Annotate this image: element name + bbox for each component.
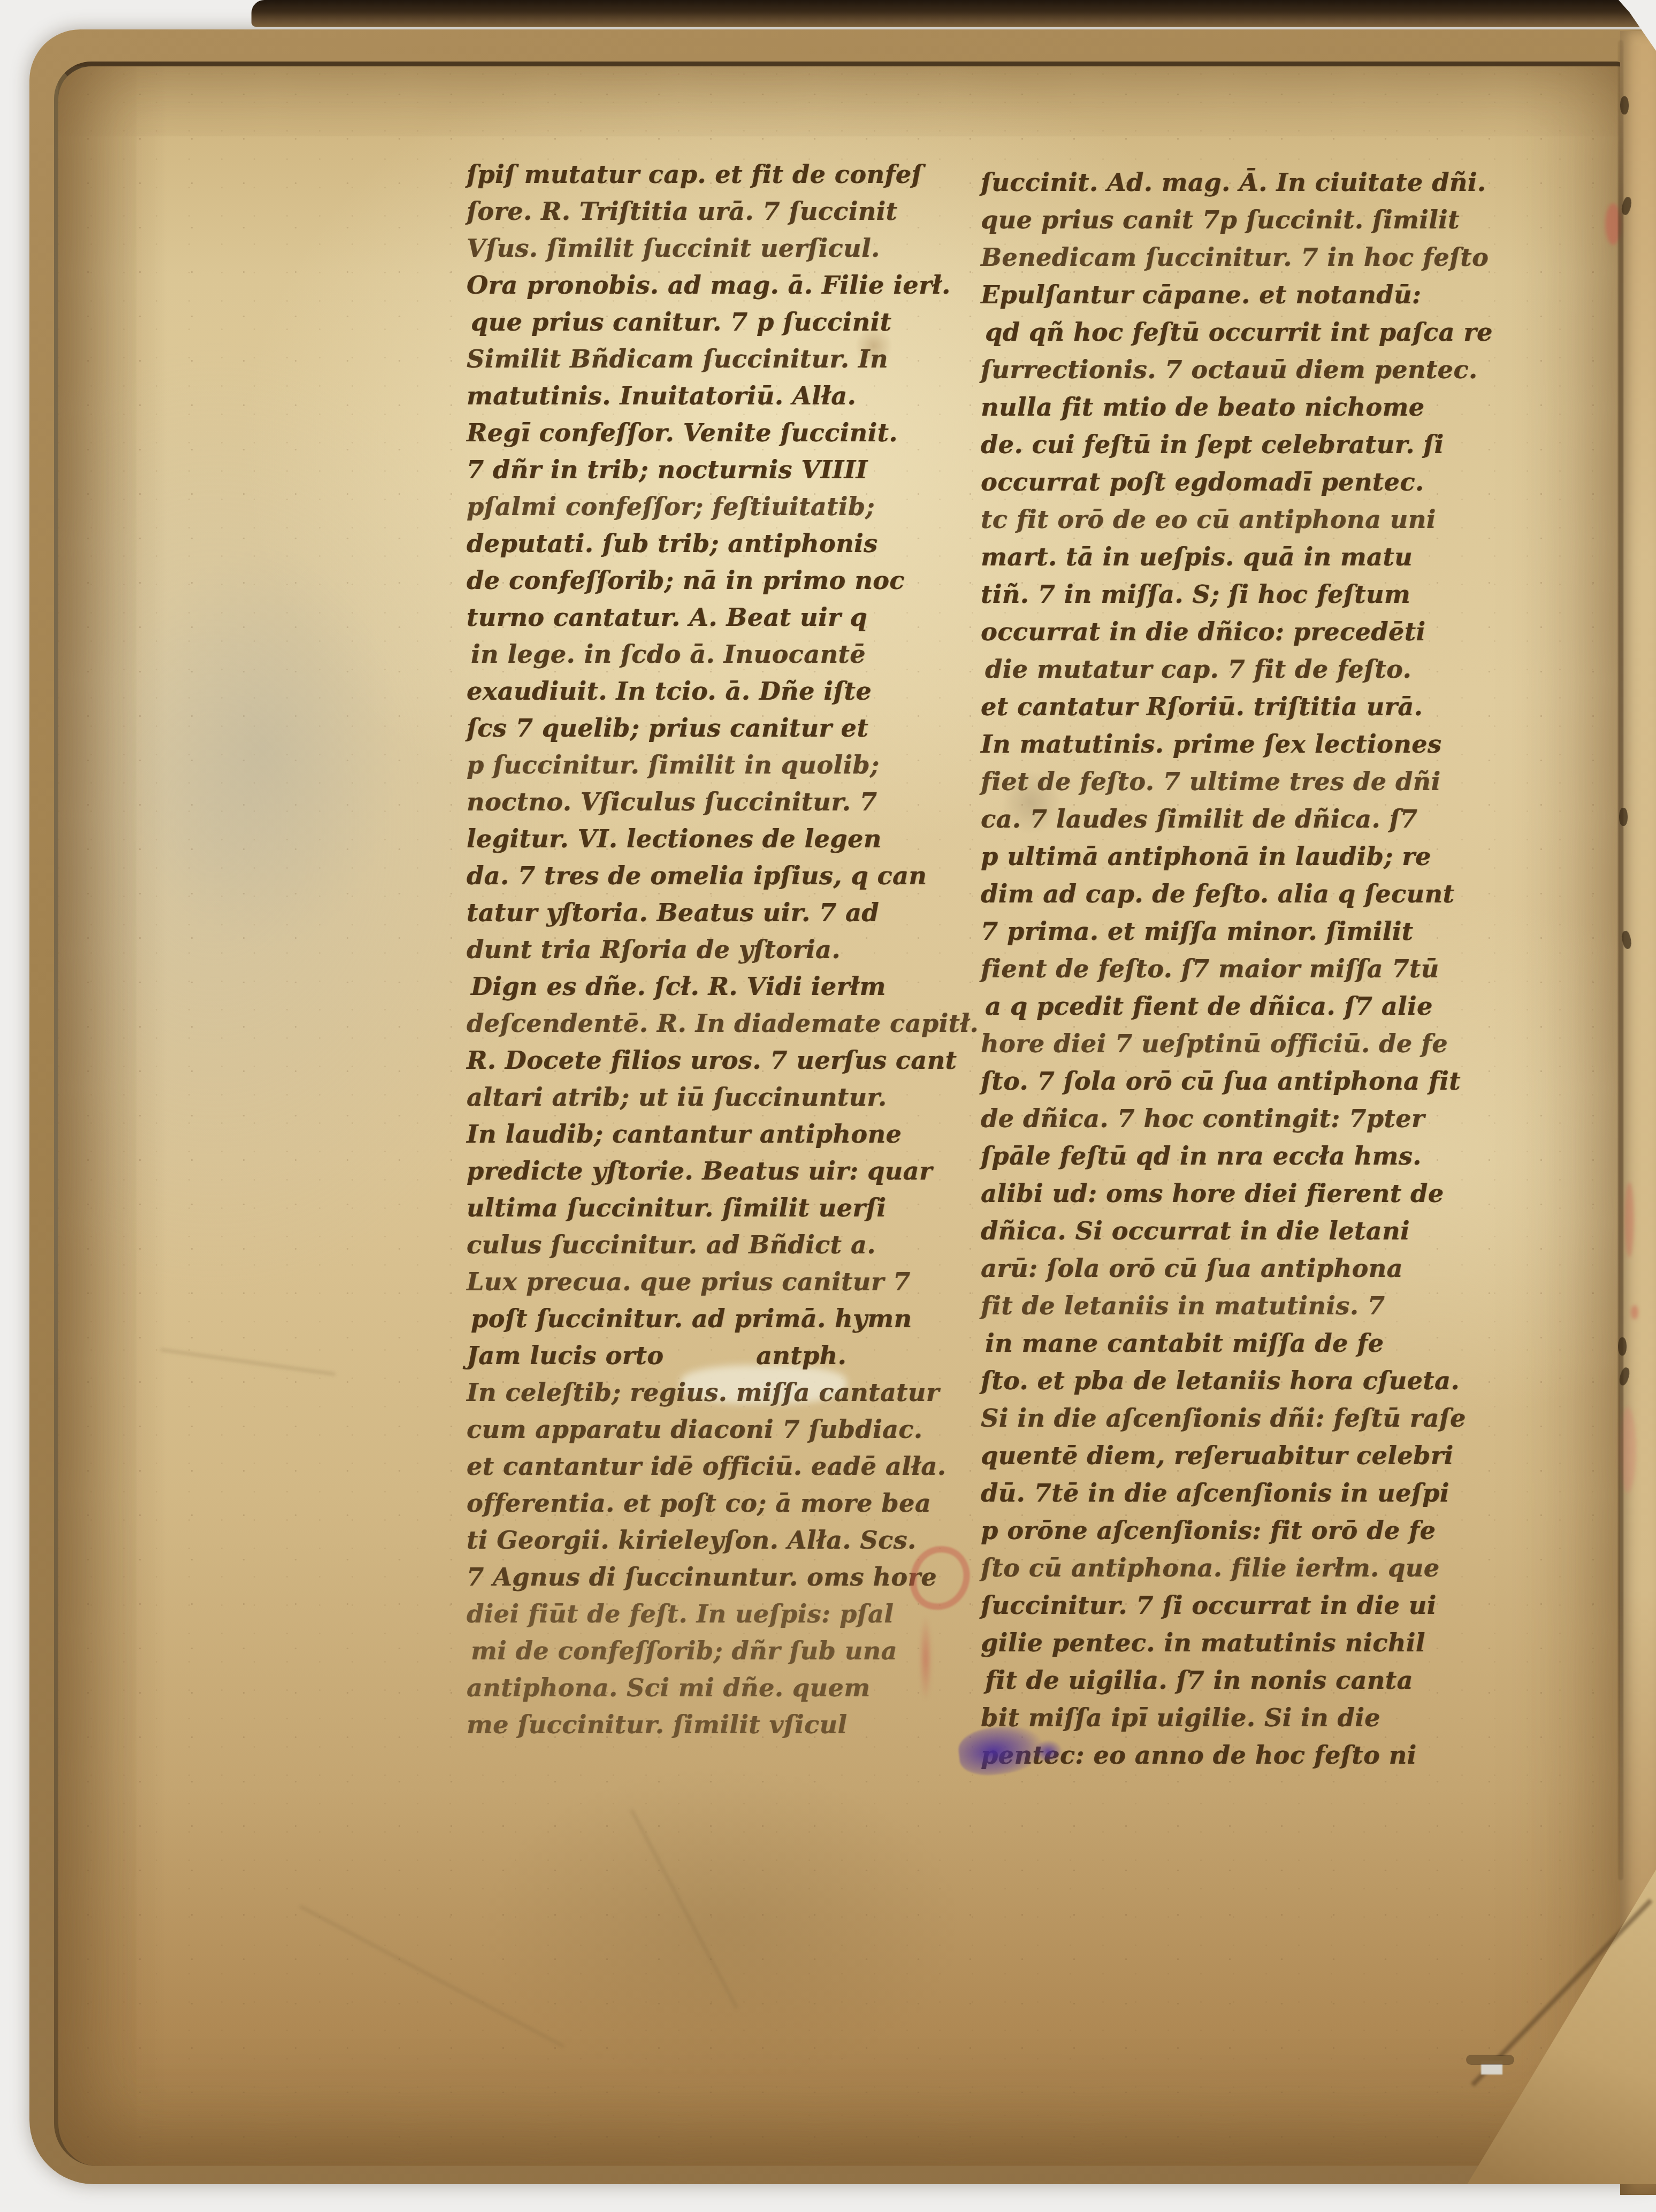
text-line: in mane cantabit miſſa de fe <box>985 1325 1484 1362</box>
text-line: offerentia. et poſt co; ā more bea <box>467 1485 948 1522</box>
text-line: fient de feſto. ſ7 maior miſſa 7tū <box>981 950 1484 988</box>
text-line: R. Docete filios uros. 7 uerſus cant <box>467 1042 948 1079</box>
text-line: Similit Bñdicam ſuccinitur. In <box>467 341 948 378</box>
text-line: ſuccinit. Ad. mag. Ā. In ciuitate dñi. <box>981 164 1484 201</box>
text-line: ſcs 7 quelib; prius canitur et <box>467 710 948 747</box>
stitch-hole <box>1619 808 1628 826</box>
text-line: ſuccinitur. 7 ſi occurrat in die ui <box>981 1587 1484 1624</box>
text-line: nulla fit mtio de beato nichome <box>981 388 1484 426</box>
text-line: culus ſuccinitur. ad Bñdict a. <box>467 1227 948 1264</box>
text-line: a q pcedit fient de dñica. ſ7 alie <box>985 988 1484 1025</box>
stitch-toggle <box>1467 2056 1513 2064</box>
text-line: Epulſantur cāpane. et notandū: <box>981 276 1484 313</box>
red-streak-mark <box>919 1616 932 1701</box>
text-line: Ora pronobis. ad mag. ā. Filie ierł. <box>467 267 948 304</box>
text-line: Jam lucis orto antph. <box>467 1337 948 1374</box>
text-line: mi de confeſſorib; dñr ſub una <box>471 1633 948 1670</box>
text-line: In laudib; cantantur antiphone <box>467 1116 948 1153</box>
scanned-manuscript: { "palette":{ "scanner_bg":"#efeeec", "p… <box>0 0 1656 2212</box>
text-line: et cantatur Rſoriū. triſtitia urā. <box>981 688 1484 725</box>
text-line: ca. 7 laudes ſimilit de dñica. ſ7 <box>981 800 1484 838</box>
text-line: Si in die aſcenſionis dñi: feſtū raſe <box>981 1399 1484 1437</box>
text-line: predicte yſtorie. Beatus uir: quar <box>467 1153 948 1190</box>
text-line: In celeſtib; regius. miſſa cantatur <box>467 1374 948 1411</box>
text-line: in lege. in ſcdo ā. Inuocantē <box>471 636 948 673</box>
text-line: antiphona. Sci mi dñe. quem <box>467 1670 948 1706</box>
text-line: Dign es dñe. ſcł. R. Vidi ierłm <box>471 968 948 1005</box>
text-line: et cantantur idē officiū. eadē alła. <box>467 1448 948 1485</box>
text-line: dñica. Si occurrat in die letani <box>981 1212 1484 1250</box>
text-line: deſcendentē. R. In diademate capitł. <box>467 1005 948 1042</box>
text-line: que prius canit 7p ſuccinit. ſimilit <box>981 201 1484 239</box>
gutter-red-smudge <box>1624 1182 1634 1257</box>
text-line: alibi ud: oms hore diei fierent de <box>981 1175 1484 1212</box>
text-line: arū: ſola orō cū ſua antiphona <box>981 1250 1484 1287</box>
stitch-hole <box>1620 96 1629 114</box>
text-line: Benedicam ſuccinitur. 7 in hoc feſto <box>981 239 1484 276</box>
text-line: occurrat poſt egdomadī pentec. <box>981 463 1484 501</box>
text-line: ultima ſuccinitur. ſimilit uerſi <box>467 1190 948 1227</box>
text-line: hore diei 7 ueſptinū officiū. de fe <box>981 1025 1484 1062</box>
text-line: pſalmi confeſſor; feſtiuitatib; <box>467 488 948 525</box>
text-line: mart. tā in ueſpis. quā in matu <box>981 538 1484 576</box>
text-line: ſto. 7 ſola orō cū ſua antiphona fit <box>981 1062 1484 1100</box>
text-line: de confeſſorib; nā in primo noc <box>467 562 948 599</box>
text-line: ti Georgii. kirieleyſon. Alła. Scs. <box>467 1522 948 1559</box>
text-line: occurrat in die dñico: precedēti <box>981 613 1484 650</box>
text-line: tiñ. 7 in miſſa. S; ſi hoc feſtum <box>981 576 1484 613</box>
text-line: die mutatur cap. 7 fit de feſto. <box>985 650 1484 688</box>
text-column-right: ſuccinit. Ad. mag. Ā. In ciuitate dñi.qu… <box>981 164 1484 1774</box>
text-line: altari atrib; ut iū ſuccinuntur. <box>467 1079 948 1116</box>
text-line: cum apparatu diaconi 7 ſubdiac. <box>467 1411 948 1448</box>
text-line: tatur yſtoria. Beatus uir. 7 ad <box>467 894 948 931</box>
text-line: dū. 7tē in die aſcenſionis in ueſpi <box>981 1474 1484 1512</box>
text-line: deputati. ſub trib; antiphonis <box>467 525 948 562</box>
text-line: ſto cū antiphona. filie ierłm. que <box>981 1549 1484 1587</box>
text-line: ſto. et pba de letaniis hora cſueta. <box>981 1362 1484 1399</box>
text-line: dunt tria Rſoria de yſtoria. <box>467 931 948 968</box>
text-line: gilie pentec. in matutinis nichil <box>981 1624 1484 1662</box>
text-line: 7 prima. et miſſa minor. ſimilit <box>981 913 1484 950</box>
text-layer: ſpiſ mutatur cap. et fit de confeſſore. … <box>0 0 1656 2212</box>
text-line: diei fiūt de feſt. In ueſpis: pſal <box>467 1596 948 1633</box>
text-line: da. 7 tres de omelia ipſius, q can <box>467 858 948 894</box>
text-line: fiet de feſto. 7 ultime tres de dñi <box>981 763 1484 800</box>
text-line: bit miſſa ipī uigilie. Si in die <box>981 1699 1484 1736</box>
text-line: quentē diem, reſeruabitur celebri <box>981 1437 1484 1474</box>
text-line: Lux precua. que prius canitur 7 <box>467 1264 948 1300</box>
text-line: ſore. R. Triſtitia urā. 7 ſuccinit <box>467 193 948 230</box>
purple-ink-blot-satellite <box>1034 1740 1063 1763</box>
text-line: p ultimā antiphonā in laudib; re <box>981 838 1484 875</box>
text-line: fit de uigilia. ſ7 in nonis canta <box>985 1662 1484 1699</box>
text-line: 7 Agnus di ſuccinuntur. oms hore <box>467 1559 948 1596</box>
text-column-left: ſpiſ mutatur cap. et fit de confeſſore. … <box>467 156 948 1743</box>
text-line: ſurrectionis. 7 octauū diem pentec. <box>981 351 1484 388</box>
text-line: tc fit orō de eo cū antiphona uni <box>981 501 1484 538</box>
text-line: 7 dñr in trib; nocturnis VIIII <box>467 451 948 488</box>
text-line: que prius canitur. 7 p ſuccinit <box>471 304 948 341</box>
text-line: exaudiuit. In tcio. ā. Dñe iſte <box>467 673 948 710</box>
text-line: dim ad cap. de feſto. alia q ſecunt <box>981 875 1484 913</box>
text-line: de dñica. 7 hoc contingit: 7pter <box>981 1100 1484 1137</box>
text-line: de. cui feſtū in ſept celebratur. ſi <box>981 426 1484 463</box>
text-line: p orōne aſcenſionis: fit orō de fe <box>981 1512 1484 1549</box>
stitch-hole <box>1618 1337 1627 1356</box>
binding-seam <box>1618 40 1623 1880</box>
text-line: noctno. Vſiculus ſuccinitur. 7 <box>467 784 948 821</box>
text-line: In matutinis. prime ſex lectiones <box>981 725 1484 763</box>
text-line: ſpiſ mutatur cap. et fit de confeſ <box>467 156 948 193</box>
text-line: Vſus. ſimilit ſuccinit uerſicul. <box>467 230 948 267</box>
text-line: me ſuccinitur. ſimilit vſicul <box>467 1706 948 1743</box>
text-line: matutinis. Inuitatoriū. Alła. <box>467 378 948 415</box>
text-line: ſpāle feſtū qd in nra eccła hms. <box>981 1137 1484 1175</box>
text-line: qd qñ hoc feſtū occurrit int paſca re <box>985 313 1484 351</box>
text-line: poſt ſuccinitur. ad primā. hymn <box>471 1300 948 1337</box>
text-line: p ſuccinitur. ſimilit in quolib; <box>467 747 948 784</box>
text-line: legitur. VI. lectiones de legen <box>467 821 948 858</box>
text-line: Regī confeſſor. Venite ſuccinit. <box>467 415 948 451</box>
text-line: turno cantatur. A. Beat uir q <box>467 599 948 636</box>
text-line: fit de letaniis in matutinis. 7 <box>981 1287 1484 1325</box>
gutter-red-smudge <box>1631 1305 1638 1319</box>
